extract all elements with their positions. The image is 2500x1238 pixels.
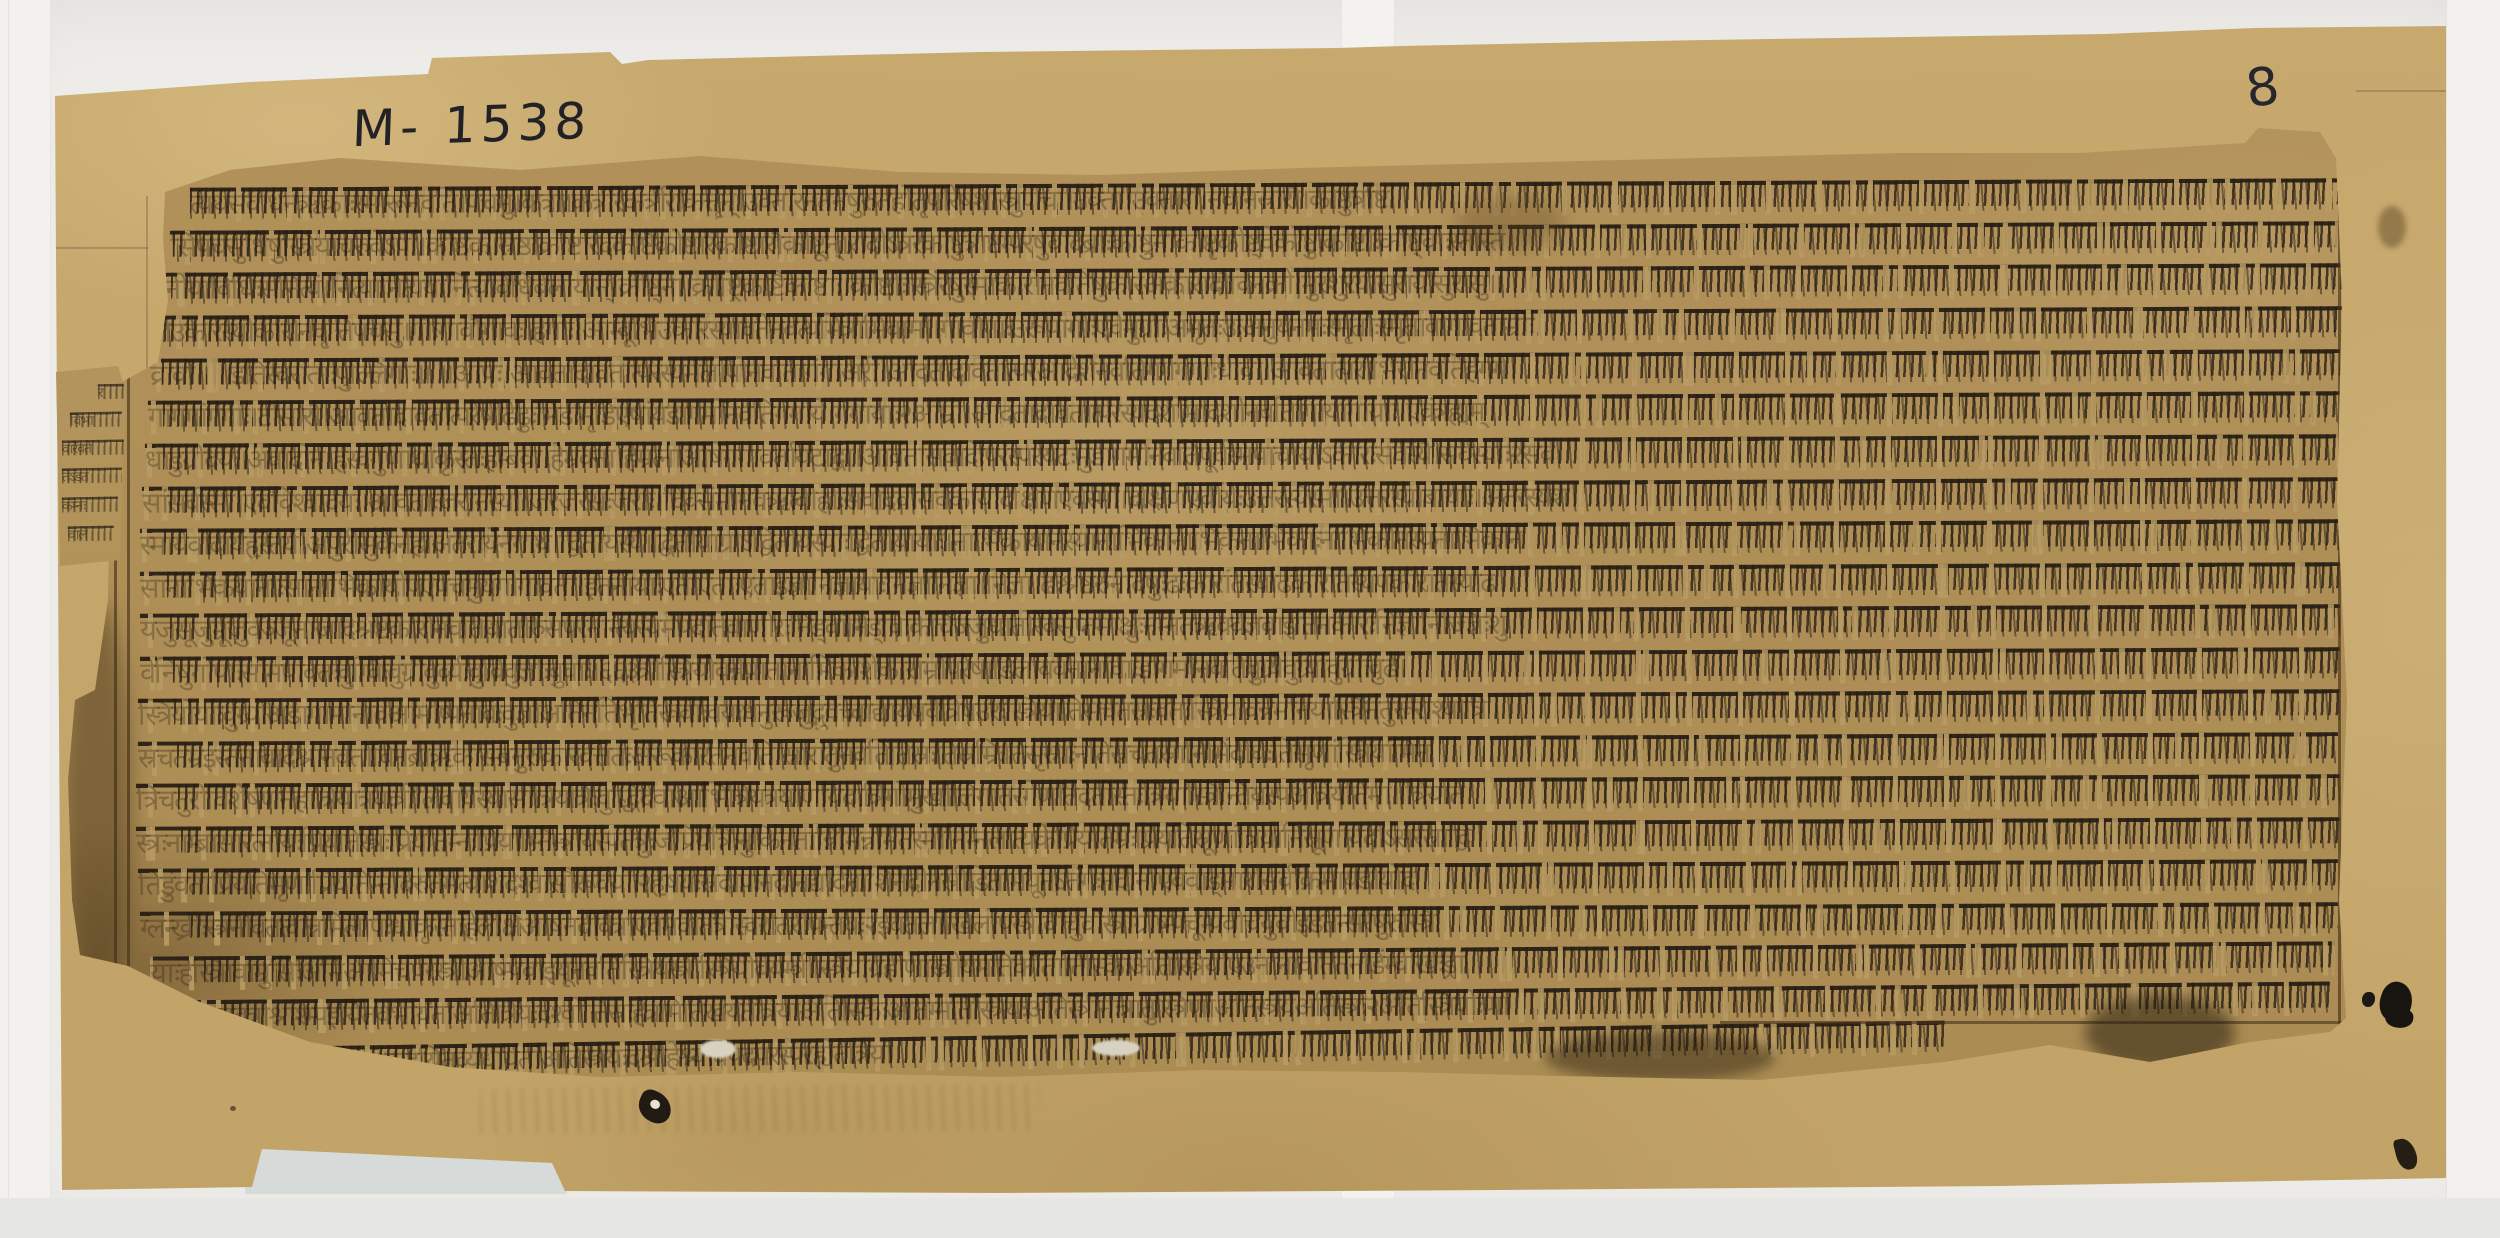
paper-loss-patch (700, 1040, 736, 1058)
text-border-bottom (1720, 1021, 2342, 1024)
text-line: सानाभिकयानोःसानाभिकायोंपऐपंचमुयंगोगावता।… (140, 562, 2342, 606)
scan-seam-line (8, 0, 9, 1238)
text-line: सांसर्वस्सां।एवंविश्वादयः।आवंताःजरानस्यो… (142, 477, 2342, 521)
text-line: त्रिचतुरोर्विशेषणेनेहात्रियात्रयःत्रीलिं… (136, 774, 2340, 818)
text-line: व्रावो॥ ॥इतिस्वरांताःपुल्लिंगाः॥ ॥आपः।आव… (150, 349, 2340, 393)
text-line: त्यथसवाधनऋकाःस्मारूनवति।पंचमु।कर्त्रा।कर… (190, 178, 2345, 221)
margin-text-line: वारेवते (62, 439, 124, 460)
scan-seam-strip-right (2446, 0, 2500, 1238)
text-line: वेनिषुगोपाःसोमपावतःवुग्विःवुग्रीवुर्व्यः… (140, 647, 2340, 691)
text-line: तिडुंवताप्रियतिमृणाप्रियतिम्नादेरुतेमत्य… (138, 859, 2338, 903)
offset-smudge (480, 1084, 1040, 1135)
ruled-guide-line (2356, 90, 2446, 92)
stain (1455, 195, 1565, 250)
text-line: याःहेस्त्रिावाम्रुसिःअमिआमिंचपरेस्त्रीआष… (150, 941, 2335, 990)
text-line: गांगंगांगंगाः।टोसोरौं।आवंतादावंतात्परेषी… (148, 391, 2343, 435)
stain (1545, 1032, 1775, 1082)
text-line: स्रचतम्रइस्तनावादेश्रानवतोविनब्रोऋकास्म्… (138, 732, 2338, 776)
text-line: ग्लन्ख्रीःस्त्रनीवंतत्वान्नमिलोपःधोकृस्त… (140, 902, 2338, 946)
margin-text-line: वाले (68, 526, 114, 547)
accession-number: M- 1538 (351, 92, 592, 158)
scan-background: त्यथसवाधनऋकाःस्मारूनवति।पंचमु।कर्त्रा।कर… (0, 0, 2500, 1238)
text-line: त्रिनमानवत्रोश्राश्म्पइयितवभार्यंताअतित्… (160, 982, 2330, 1035)
margin-text-line: तेऽडत (62, 467, 122, 488)
text-line: स्मायेवादायेंहृस्तर्ये।अपुरीसुकेनेहाअंतर… (140, 519, 2342, 563)
text-line: यजुसूजुम्रूजुवञ्जूनाजादेश्रष्टकारोनवतिधा… (140, 604, 2340, 648)
text-line: सिपंचसुधिषुस्त्रियांचरुवेऽर्पा।कोष्ठक।स्… (170, 221, 2345, 264)
paper-loss-patch (1092, 1040, 1140, 1056)
ruled-guide-line (146, 196, 148, 368)
text-line: नीयाविधिःसनित्यं।नित्यानित्ययोर्नित्यविध… (165, 263, 2345, 307)
stain (2378, 206, 2406, 248)
margin-text-line: विभा (70, 412, 122, 433)
text-line: धाडुग्रोदयः।अवादीनं।ह्रस्वगुणांधोकृस्तःह… (145, 434, 2343, 478)
scan-bottom-band (0, 1198, 2500, 1238)
ink-speck (230, 1106, 236, 1111)
folio-number: 8 (2242, 56, 2282, 120)
margin-text-line: कम्नः (62, 497, 118, 518)
text-line: स्त्रियोर्याःवुग्र्योअडागामोनावेआमोष्पना… (138, 689, 2340, 733)
text-line: स्त्रःनाम्ब्रासारत्नोयःप्रियतिस्त्रःप्रि… (136, 817, 2340, 861)
ruled-guide-line (56, 247, 148, 249)
margin-text-line: र (98, 384, 124, 404)
manuscript-fragment: त्यथसवाधनऋकाःस्मारूनवति।पंचमु।कर्त्रा।कर… (0, 0, 2500, 1238)
text-line: गोउकारस्यौकारोनवृत्तिपंचसु।गौःगावौगावः।ह… (148, 306, 2343, 350)
